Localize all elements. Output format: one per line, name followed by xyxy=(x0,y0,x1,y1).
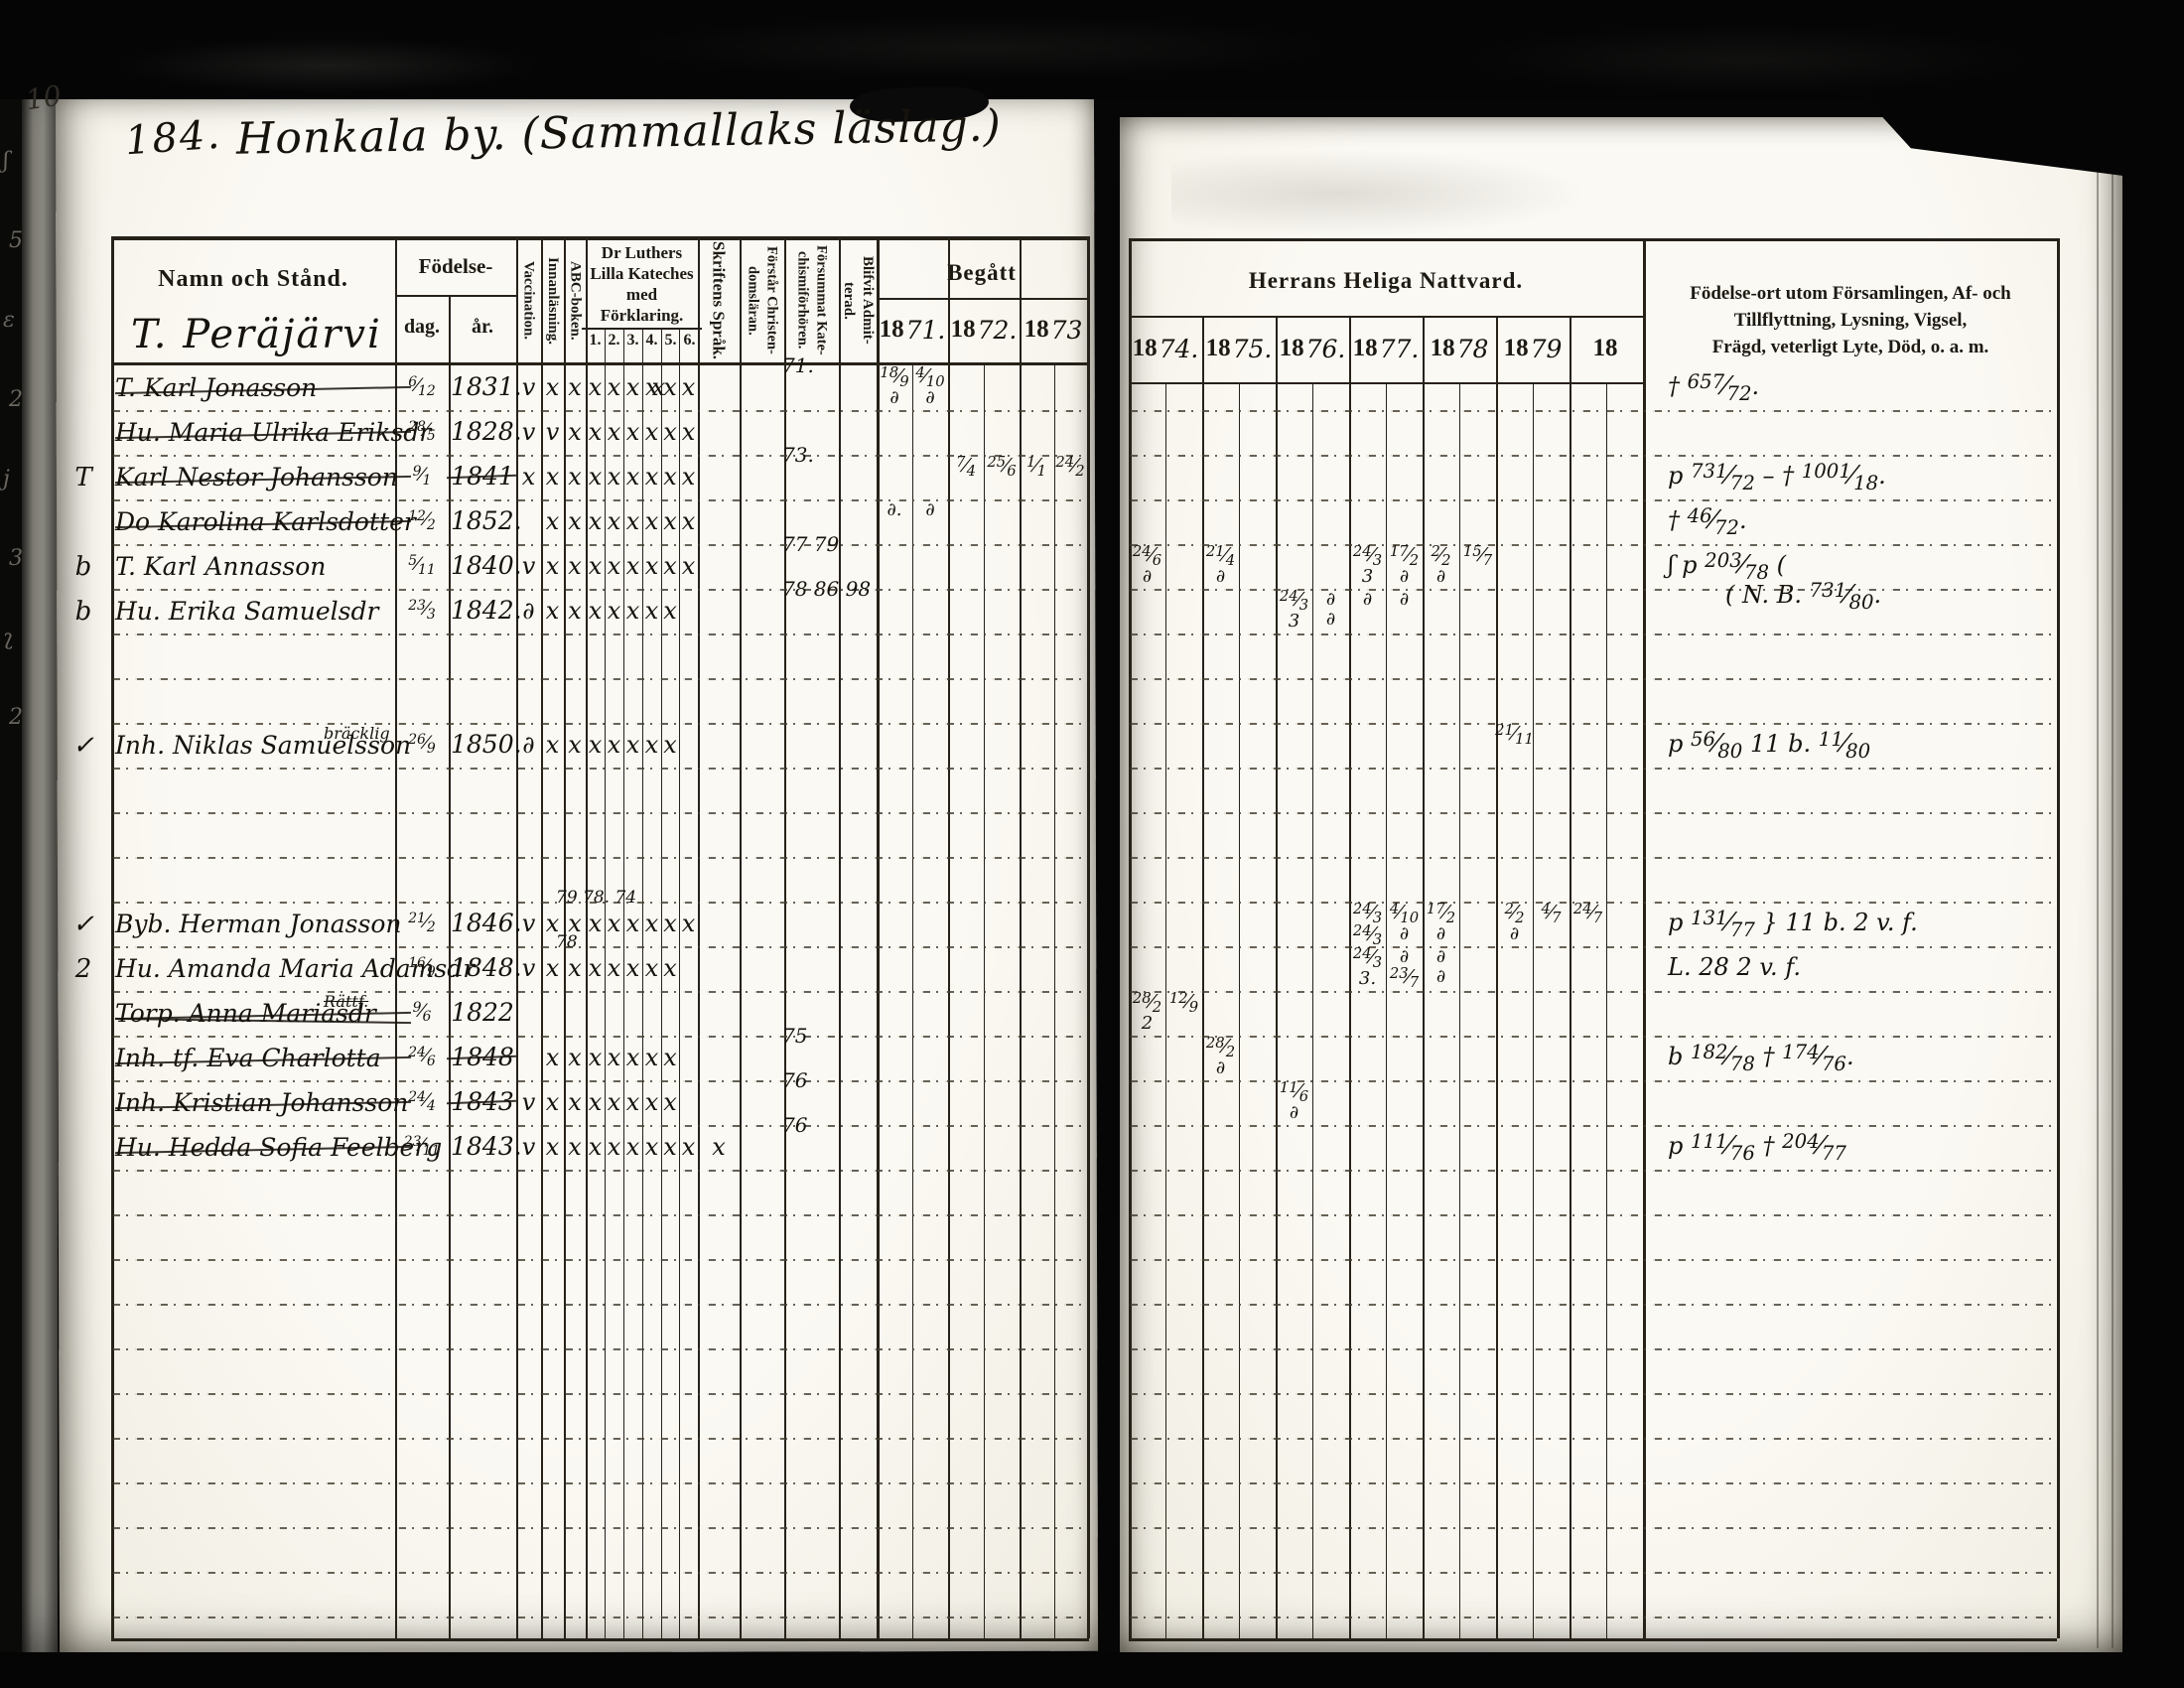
record-note-line: † 657⁄72. xyxy=(1668,372,1759,400)
skill-mark: x xyxy=(661,591,679,631)
date-fraction: 11⁄6 xyxy=(1280,1081,1308,1102)
date-fraction: 26⁄9 xyxy=(408,734,436,754)
col-header-scripture: Skriftens Språk. xyxy=(698,240,740,360)
skill-mark: x xyxy=(586,904,605,943)
date-fraction: 24⁄6 xyxy=(1133,545,1161,566)
communion-date: ∂ xyxy=(1510,924,1519,944)
skill-mark: v xyxy=(516,546,541,586)
year-script: 74. xyxy=(1160,335,1199,363)
year-print: 18 xyxy=(880,316,904,344)
year-script: 71. xyxy=(906,316,946,345)
birth-year: 1828. xyxy=(451,410,514,454)
skill-mark: x xyxy=(642,904,661,943)
skill-mark: x xyxy=(661,1038,679,1077)
date-fraction: 1001⁄18. xyxy=(1802,462,1886,490)
table-rule-row-separator xyxy=(1129,1572,2057,1574)
table-rule-horizontal xyxy=(395,295,516,297)
table-rule-row-separator xyxy=(1129,1125,2057,1127)
strikethrough xyxy=(115,1056,411,1064)
scan-smudge xyxy=(1171,149,1588,238)
table-rule-vertical xyxy=(948,236,950,1638)
table-rule-row-separator xyxy=(1129,544,2057,546)
table-rule-row-separator xyxy=(1129,1527,2057,1529)
skill-mark: x xyxy=(661,546,679,586)
skill-mark: v xyxy=(516,948,541,988)
table-rule-row-separator xyxy=(1129,1036,2057,1038)
communion-date: ∂ xyxy=(1436,567,1445,587)
year-print: 18 xyxy=(1133,335,1158,362)
skill-mark: x xyxy=(605,725,623,765)
skills-annotation: 79 78. 74 xyxy=(556,888,636,908)
table-rule-row-separator xyxy=(111,1527,1089,1529)
record-note-line: ( N. B. 731⁄80. xyxy=(1725,580,2051,612)
skill-mark: x xyxy=(623,1038,642,1077)
communion-date: 24⁄7 xyxy=(1573,903,1602,924)
date-fraction: 24⁄3 xyxy=(1353,924,1382,945)
record-note: p 111⁄76 † 204⁄77 xyxy=(1668,1131,2051,1163)
date-fraction: 5⁄11 xyxy=(408,555,436,575)
communion-date: ∂ xyxy=(1436,967,1445,987)
date-fraction: 28⁄5 xyxy=(408,421,436,441)
table-rule-vertical xyxy=(1239,382,1240,1638)
communion-date: 2 xyxy=(1142,1014,1153,1034)
birth-day: 9⁄6 xyxy=(395,991,449,1034)
communion-date: 15⁄7 xyxy=(1463,545,1492,567)
skill-mark: x xyxy=(661,412,679,452)
strikethrough xyxy=(115,520,411,528)
date-fraction: 12⁄9 xyxy=(1169,992,1198,1013)
skill-mark: x xyxy=(679,546,698,586)
skill-mark: x xyxy=(623,1082,642,1122)
birth-year: 1848. xyxy=(451,946,514,990)
table-rule-row-separator xyxy=(111,857,1089,859)
birth-year: 1831. xyxy=(451,365,514,409)
missed-exam-years: 76 xyxy=(782,1113,840,1137)
skill-mark: x xyxy=(661,457,679,496)
edge-scribble: 5 xyxy=(9,228,23,253)
table-rule-vertical xyxy=(984,362,985,1638)
date-fraction: 9⁄6 xyxy=(413,1002,432,1022)
table-rule-vertical xyxy=(1643,238,1646,1638)
person-name: Inh. tf. Eva Charlotta xyxy=(115,1036,397,1080)
record-note: L. 28 2 v. f. xyxy=(1668,952,2051,982)
date-fraction: 174⁄76. xyxy=(1782,1043,1853,1070)
birth-day: 24⁄4 xyxy=(395,1080,449,1123)
skill-mark: x xyxy=(586,457,605,496)
skill-mark: x xyxy=(541,546,564,586)
date-fraction: 23⁄7 xyxy=(1390,967,1419,988)
year-script: 75. xyxy=(1233,335,1273,363)
year-header-1873: 1873 xyxy=(1020,300,1087,359)
birth-year: 1841 xyxy=(451,455,514,498)
table-rule-row-separator xyxy=(1129,991,2057,993)
col-header-birth-year: år. xyxy=(449,316,516,339)
skill-mark: x xyxy=(679,1127,698,1167)
record-note-line: p 131⁄77 } 11 b. 2 v. f. xyxy=(1668,909,1918,936)
skill-mark: x xyxy=(698,1127,740,1167)
communion-entry-left: ∂. xyxy=(878,500,911,544)
skill-mark: x xyxy=(661,367,679,407)
table-rule-row-separator xyxy=(1129,1214,2057,1216)
table-rule-row-separator xyxy=(1129,455,2057,457)
communion-date: 28⁄2 xyxy=(1133,992,1161,1014)
table-rule-row-separator xyxy=(111,633,1089,635)
record-note: p 731⁄72 – † 1001⁄18. xyxy=(1668,461,2051,492)
skill-mark: x xyxy=(642,546,661,586)
year-header-1872: 1872. xyxy=(948,300,1020,359)
notes-header-line1: Födelse-ort utom Församlingen, Af- och T… xyxy=(1690,283,2010,331)
record-note-line: b 182⁄78 † 174⁄76. xyxy=(1668,1043,1854,1070)
date-fraction: 24⁄7 xyxy=(1573,903,1602,923)
communion-date: ∂ xyxy=(1400,924,1409,944)
skill-mark: v xyxy=(516,412,541,452)
date-fraction: 21⁄11 xyxy=(1495,724,1534,745)
communion-entry-right: 24⁄324⁄3 xyxy=(1350,903,1385,946)
strikethrough xyxy=(447,475,516,479)
skill-mark: x xyxy=(605,546,623,586)
skill-mark: v xyxy=(516,367,541,407)
missed-exam-years: 77 79 xyxy=(782,532,840,556)
communion-entry-right: 21⁄11 xyxy=(1497,724,1532,768)
date-fraction: 23⁄3 xyxy=(408,600,436,620)
skill-mark: x xyxy=(586,1038,605,1077)
communion-date: 12⁄9 xyxy=(1169,992,1198,1014)
date-fraction: 24⁄3 xyxy=(1353,903,1382,923)
year-script: 77. xyxy=(1380,335,1420,363)
table-rule-vertical xyxy=(912,362,913,1638)
year-header-1880: 18 xyxy=(1570,318,1643,379)
skill-mark: x xyxy=(564,725,586,765)
communion-entry-right: 11⁄6∂ xyxy=(1277,1081,1311,1125)
skill-mark: x xyxy=(564,546,586,586)
col-header-admitted: Blifvit Admit- terad. xyxy=(839,240,877,360)
name-annotation: bräcklig xyxy=(324,711,390,756)
table-rule-row-separator xyxy=(111,1438,1089,1440)
communion-entry-right: 24⁄33 xyxy=(1350,545,1385,589)
communion-date: 24⁄3 xyxy=(1353,545,1382,567)
date-fraction: 15⁄7 xyxy=(1463,545,1492,566)
skill-mark: x xyxy=(564,1082,586,1122)
col-header-notes: Födelse-ort utom Församlingen, Af- och T… xyxy=(1648,280,2053,360)
skill-mark: x xyxy=(661,948,679,988)
skill-mark: x xyxy=(642,948,661,988)
table-rule-vertical xyxy=(1312,382,1313,1638)
table-rule-row-separator xyxy=(1129,1393,2057,1395)
skill-mark: x xyxy=(541,1038,564,1077)
birth-day: 28⁄5 xyxy=(395,410,449,453)
date-fraction: 21⁄4 xyxy=(1206,545,1235,566)
table-rule-row-separator xyxy=(111,678,1089,680)
skill-mark: x xyxy=(605,412,623,452)
skill-mark: x xyxy=(605,904,623,943)
year-print: 18 xyxy=(1024,316,1049,344)
skill-mark: x xyxy=(564,501,586,541)
communion-date: 7⁄4 xyxy=(956,456,976,478)
communion-date: ∂ xyxy=(1326,610,1335,630)
section-heading-village: T. Peräjärvi xyxy=(131,312,382,357)
birth-year: 1822 xyxy=(451,991,514,1035)
table-rule-row-separator xyxy=(111,1482,1089,1484)
table-rule-row-separator xyxy=(1129,1482,2057,1484)
communion-date: 24⁄3 xyxy=(1353,947,1382,969)
table-rule-horizontal xyxy=(1129,238,2057,241)
record-note: p 131⁄77 } 11 b. 2 v. f. xyxy=(1668,908,2051,939)
col-header-understands-doctrine: Förstår Christen- domsläran. xyxy=(740,240,784,360)
table-rule-row-separator xyxy=(111,1617,1089,1618)
table-rule-vertical xyxy=(1533,382,1534,1638)
communion-date: ∂. xyxy=(887,500,901,520)
date-fraction: 1⁄1 xyxy=(1026,456,1046,477)
communion-entry-right: 4⁄10∂ xyxy=(1387,903,1422,946)
table-rule-row-separator xyxy=(1129,857,2057,859)
skill-mark: x xyxy=(564,457,586,496)
communion-date: 23⁄7 xyxy=(1390,967,1419,989)
date-fraction: 182⁄78 xyxy=(1691,1043,1755,1070)
table-rule-vertical xyxy=(1570,316,1571,1638)
date-fraction: 12⁄2 xyxy=(408,510,436,530)
birth-day: 16⁄9 xyxy=(395,946,449,989)
skill-mark: x xyxy=(623,1127,642,1167)
skill-mark: x xyxy=(605,1082,623,1122)
skill-mark: x xyxy=(586,546,605,586)
birth-year: 1842. xyxy=(451,589,514,633)
year-header-1878: 1878 xyxy=(1423,318,1496,379)
date-fraction: 657⁄72. xyxy=(1688,372,1759,400)
strikethrough xyxy=(115,1101,411,1109)
date-fraction: 6⁄12 xyxy=(408,376,436,396)
date-fraction: 17⁄2 xyxy=(1427,903,1455,923)
communion-date: ∂ xyxy=(1326,590,1335,610)
margin-mark: ✓ xyxy=(62,904,105,945)
date-fraction: 24⁄4 xyxy=(408,1091,436,1111)
skill-mark: x xyxy=(541,367,564,407)
person-name: Karl Nestor Johansson xyxy=(115,455,397,499)
date-fraction: 23⁄11 xyxy=(404,1136,440,1156)
skill-mark: x xyxy=(642,591,661,631)
skill-mark: x xyxy=(605,591,623,631)
date-fraction: 24⁄3 xyxy=(1353,545,1382,566)
year-print: 18 xyxy=(951,316,976,344)
communion-date: 4⁄10 xyxy=(1390,903,1419,924)
year-header-1871: 1871. xyxy=(877,300,948,359)
table-rule-vertical xyxy=(1054,362,1055,1638)
table-rule-horizontal xyxy=(111,1638,1089,1641)
communion-entry-right: ∂ xyxy=(1387,590,1422,633)
scanned-church-record: ʃ5ɛ2j3ʅ2 10 184. Honkala by. (Sammallaks… xyxy=(0,0,2184,1688)
skill-mark: x xyxy=(679,412,698,452)
birth-year: 1848 xyxy=(451,1036,514,1079)
communion-date: 2⁄2 xyxy=(1432,545,1451,567)
year-print: 18 xyxy=(1280,335,1304,362)
catechism-col-2: 2. xyxy=(605,332,623,350)
skill-mark: x xyxy=(605,457,623,496)
birth-day: 12⁄2 xyxy=(395,499,449,542)
skill-mark: x xyxy=(541,457,564,496)
communion-entry-right: 28⁄2∂ xyxy=(1203,1037,1238,1080)
skill-mark: x xyxy=(623,725,642,765)
skill-mark: x xyxy=(642,412,661,452)
col-header-vaccination: Vaccination. xyxy=(515,240,541,360)
skill-mark: x xyxy=(541,948,564,988)
year-script: 72. xyxy=(978,316,1018,345)
col-header-birth-day: dag. xyxy=(395,316,449,339)
table-rule-row-separator xyxy=(1129,410,2057,412)
skill-mark: x xyxy=(642,457,661,496)
date-fraction: 17⁄2 xyxy=(1390,545,1419,566)
communion-entry-right: 2⁄2∂ xyxy=(1424,545,1458,589)
date-fraction: 731⁄80. xyxy=(1810,581,1881,609)
date-fraction: 111⁄76 xyxy=(1691,1132,1755,1160)
col-header-communion-taken: Begått xyxy=(877,260,1087,286)
table-rule-row-separator xyxy=(1129,812,2057,814)
communion-entry-left: 24⁄2 xyxy=(1054,456,1086,499)
communion-date: ∂ xyxy=(1143,567,1152,587)
communion-entry-right: 17⁄2∂ xyxy=(1387,545,1422,589)
date-fraction: 56⁄80 xyxy=(1691,730,1742,758)
birth-day: 24⁄6 xyxy=(395,1036,449,1078)
edge-scribble: 3 xyxy=(9,546,23,571)
skill-mark: x xyxy=(623,367,642,407)
year-script: 73 xyxy=(1051,316,1083,345)
skill-mark: x xyxy=(541,1127,564,1167)
date-fraction: 24⁄6 xyxy=(408,1047,436,1066)
skill-mark: x xyxy=(564,367,586,407)
communion-date: ∂ xyxy=(925,500,934,520)
birth-day: 23⁄11 xyxy=(395,1125,449,1168)
skill-mark: xx xyxy=(642,367,661,407)
birth-day: 23⁄3 xyxy=(395,589,449,632)
table-rule-vertical xyxy=(1202,316,1204,1638)
record-note-line: ʃ p 203⁄78 ( xyxy=(1668,551,1786,579)
communion-date: 24⁄2 xyxy=(1055,456,1084,478)
skill-mark: x xyxy=(586,725,605,765)
date-fraction: 2⁄2 xyxy=(1432,545,1451,566)
skill-mark: x xyxy=(586,591,605,631)
communion-date: 3 xyxy=(1289,612,1299,632)
margin-mark: ✓ xyxy=(62,725,105,767)
previous-page-edge xyxy=(22,58,58,1682)
communion-entry-right: 4⁄7 xyxy=(1534,903,1569,946)
person-name: Hu. Maria Ulrika Eriksdr xyxy=(115,410,397,455)
communion-date: 4⁄10 xyxy=(915,366,944,388)
date-fraction: 9⁄1 xyxy=(413,466,432,486)
communion-entry-right: 2⁄2∂ xyxy=(1497,903,1532,946)
skill-mark: v xyxy=(516,1127,541,1167)
communion-entry-right: 24⁄6∂ xyxy=(1130,545,1164,589)
strikethrough xyxy=(447,1100,516,1104)
skill-mark: x xyxy=(661,501,679,541)
skill-mark: v xyxy=(516,1082,541,1122)
record-note: b 182⁄78 † 174⁄76. xyxy=(1668,1042,2051,1073)
communion-entry-right: ∂23⁄7 xyxy=(1387,947,1422,991)
communion-date: 25⁄6 xyxy=(987,456,1016,478)
skill-mark: x xyxy=(623,591,642,631)
communion-date: 2⁄2 xyxy=(1505,903,1525,924)
skill-mark: ∂ xyxy=(516,725,541,765)
communion-date: ∂ xyxy=(1216,567,1225,587)
birth-year: 1852. xyxy=(451,499,514,543)
table-rule-row-separator xyxy=(1129,946,2057,948)
date-fraction: 18⁄9 xyxy=(880,366,908,387)
person-name: T. Karl Jonasson xyxy=(115,365,397,410)
year-script: 79 xyxy=(1531,335,1563,363)
skill-mark: x xyxy=(564,948,586,988)
person-name: T. Karl Annasson xyxy=(115,544,397,589)
communion-date: ∂ xyxy=(1400,947,1409,967)
col-header-missed-examinations: Försummat Kate- chismiförhören. xyxy=(784,240,839,360)
communion-entry-left: ∂ xyxy=(913,500,947,544)
year-header-1876: 1876. xyxy=(1276,318,1349,379)
communion-date: 24⁄6 xyxy=(1133,545,1161,567)
skill-mark: x xyxy=(661,1127,679,1167)
table-rule-row-separator xyxy=(111,1304,1089,1306)
table-rule-vertical xyxy=(111,236,114,1638)
table-rule-vertical xyxy=(877,236,880,1638)
film-grain xyxy=(0,0,2184,119)
date-fraction: 24⁄3 xyxy=(1280,590,1308,611)
birth-year: 1846. xyxy=(451,902,514,945)
person-name: Torp. Anna MariasdrRättf. xyxy=(115,991,397,1036)
edge-scribble: 2 xyxy=(9,387,23,412)
missed-exam-years: 76 xyxy=(782,1068,840,1092)
strikethrough xyxy=(115,476,411,484)
birth-day: 26⁄9 xyxy=(395,723,449,766)
communion-entry-right: ∂ xyxy=(1350,590,1385,633)
communion-date: 21⁄11 xyxy=(1495,724,1534,746)
table-rule-vertical xyxy=(1606,382,1607,1638)
communion-date: 3 xyxy=(1362,567,1373,587)
skill-mark: x xyxy=(661,1082,679,1122)
record-note: p 56⁄80 11 b. 11⁄80 xyxy=(1668,729,2051,761)
catechism-col-5: 5. xyxy=(661,332,680,350)
communion-date: 18⁄9 xyxy=(880,366,908,388)
table-rule-vertical xyxy=(1276,316,1278,1638)
record-note-line: † 46⁄72. xyxy=(1668,506,1747,534)
year-print: 18 xyxy=(1593,335,1618,362)
communion-date: 28⁄2 xyxy=(1206,1037,1235,1058)
person-name: Inh. Niklas Samuelssonbräcklig xyxy=(115,723,397,768)
communion-date: 3. xyxy=(1359,969,1376,989)
date-fraction: 28⁄2 xyxy=(1206,1037,1235,1057)
table-rule-row-separator xyxy=(1129,633,2057,635)
table-rule-row-separator xyxy=(111,1170,1089,1172)
skill-mark: x xyxy=(564,1127,586,1167)
person-name: Hu. Hedda Sofia Feelberg xyxy=(115,1125,397,1170)
col-header-name: Namn och Stånd. xyxy=(111,266,395,293)
communion-entry-right: 17⁄2∂ xyxy=(1424,903,1458,946)
skill-mark: x xyxy=(564,1038,586,1077)
skill-mark: x xyxy=(605,501,623,541)
date-fraction: 24⁄3 xyxy=(1353,947,1382,968)
birth-year: 1843 xyxy=(451,1080,514,1124)
date-fraction: 46⁄72. xyxy=(1688,506,1747,534)
skill-mark: x xyxy=(642,1082,661,1122)
communion-date: ∂ xyxy=(1400,590,1409,610)
skill-mark: x xyxy=(679,501,698,541)
skill-mark: x xyxy=(679,457,698,496)
catechism-col-1: 1. xyxy=(586,332,605,350)
skill-mark: x xyxy=(564,591,586,631)
year-script: 76. xyxy=(1306,335,1346,363)
film-right-edge xyxy=(2122,0,2184,1688)
date-fraction: 4⁄10 xyxy=(1390,903,1419,923)
communion-entry-right: 15⁄7 xyxy=(1460,545,1495,589)
communion-entry-left: 18⁄9∂ xyxy=(878,366,911,410)
skill-mark: x xyxy=(661,725,679,765)
communion-date: 11⁄6 xyxy=(1280,1081,1308,1103)
missed-exam-years: 75 xyxy=(782,1024,840,1048)
edge-scribble: j xyxy=(3,467,10,492)
